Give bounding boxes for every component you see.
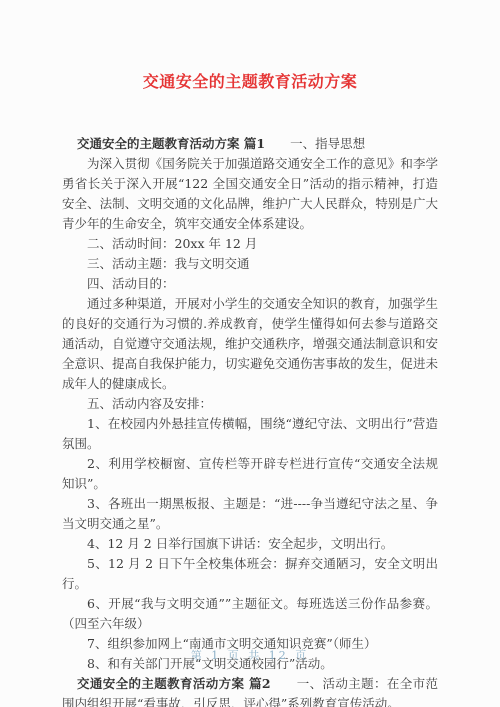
paragraph-text: 3、各班出一期黑板报、主题是：“进----争当遵纪守法之星、争当文明交通之星”。 — [62, 496, 438, 531]
paragraph-text: 为深入贯彻《国务院关于加强道路交通安全工作的意见》和李学勇省长关于深入开展“12… — [62, 156, 438, 231]
document-page: { "page": { "title": "交通安全的主题教育活动方案" }, … — [0, 0, 500, 707]
paragraph-bold-lead: 交通安全的主题教育活动方案 篇2 — [77, 676, 271, 691]
paragraph-text: 4、12 月 2 日举行国旗下讲话：安全起步，文明出行。 — [87, 536, 393, 551]
paragraph: 通过多种渠道，开展对小学生的交通安全知识的教育，加强学生的良好的交通行为习惯的.… — [62, 294, 438, 394]
paragraph-text: 三、活动主题：我与文明交通 — [87, 256, 250, 271]
paragraph-bold-lead: 交通安全的主题教育活动方案 篇1 — [77, 136, 265, 151]
paragraph: 五、活动内容及安排： — [62, 394, 438, 414]
paragraph: 为深入贯彻《国务院关于加强道路交通安全工作的意见》和李学勇省长关于深入开展“12… — [62, 154, 438, 234]
page-footer: 第 1 页 共 12 页 — [0, 649, 500, 663]
page-title: 交通安全的主题教育活动方案 — [0, 72, 500, 94]
paragraph-list-item: 1、在校园内外悬挂宣传横幅，围绕“遵纪守法、文明出行”营造氛围。 — [62, 414, 438, 454]
paragraph-list-item: 5、12 月 2 日下午全校集体班会：摒弃交通陋习，安全文明出行。 — [62, 554, 438, 594]
paragraph-list-item: 6、开展“我与文明交通””主题征文。每班选送三份作品参赛。（四至六年级） — [62, 594, 438, 634]
paragraph-text: 1、在校园内外悬挂宣传横幅，围绕“遵纪守法、文明出行”营造氛围。 — [62, 416, 438, 451]
paragraph-text: 通过多种渠道，开展对小学生的交通安全知识的教育，加强学生的良好的交通行为习惯的.… — [62, 296, 438, 391]
paragraph-list-item: 2、利用学校橱窗、宣传栏等开辟专栏进行宣传“交通安全法规知识”。 — [62, 454, 438, 494]
paragraph-list-item: 4、12 月 2 日举行国旗下讲话：安全起步，文明出行。 — [62, 534, 438, 554]
paragraph-section-1-heading: 交通安全的主题教育活动方案 篇1 一、指导思想 — [62, 134, 438, 154]
paragraph-text: 6、开展“我与文明交通””主题征文。每班选送三份作品参赛。（四至六年级） — [62, 596, 438, 631]
paragraph: 二、活动时间：20xx 年 12 月 — [62, 234, 438, 254]
page-number-indicator: 第 1 页 共 12 页 — [191, 649, 309, 662]
paragraph-text: 2、利用学校橱窗、宣传栏等开辟专栏进行宣传“交通安全法规知识”。 — [62, 456, 438, 491]
paragraph-text: 一、指导思想 — [265, 136, 365, 151]
paragraph-text: 5、12 月 2 日下午全校集体班会：摒弃交通陋习，安全文明出行。 — [62, 556, 438, 591]
document-body: 交通安全的主题教育活动方案 篇1 一、指导思想 为深入贯彻《国务院关于加强道路交… — [0, 134, 500, 707]
paragraph-section-2-heading: 交通安全的主题教育活动方案 篇2 一、活动主题：在全市范围内组织开展“看事故，引… — [62, 674, 438, 707]
paragraph: 三、活动主题：我与文明交通 — [62, 254, 438, 274]
paragraph: 四、活动目的： — [62, 274, 438, 294]
paragraph-text: 二、活动时间：20xx 年 12 月 — [87, 236, 257, 251]
paragraph-list-item: 3、各班出一期黑板报、主题是：“进----争当遵纪守法之星、争当文明交通之星”。 — [62, 494, 438, 534]
paragraph-text: 五、活动内容及安排： — [87, 396, 212, 411]
paragraph-text: 四、活动目的： — [87, 276, 175, 291]
